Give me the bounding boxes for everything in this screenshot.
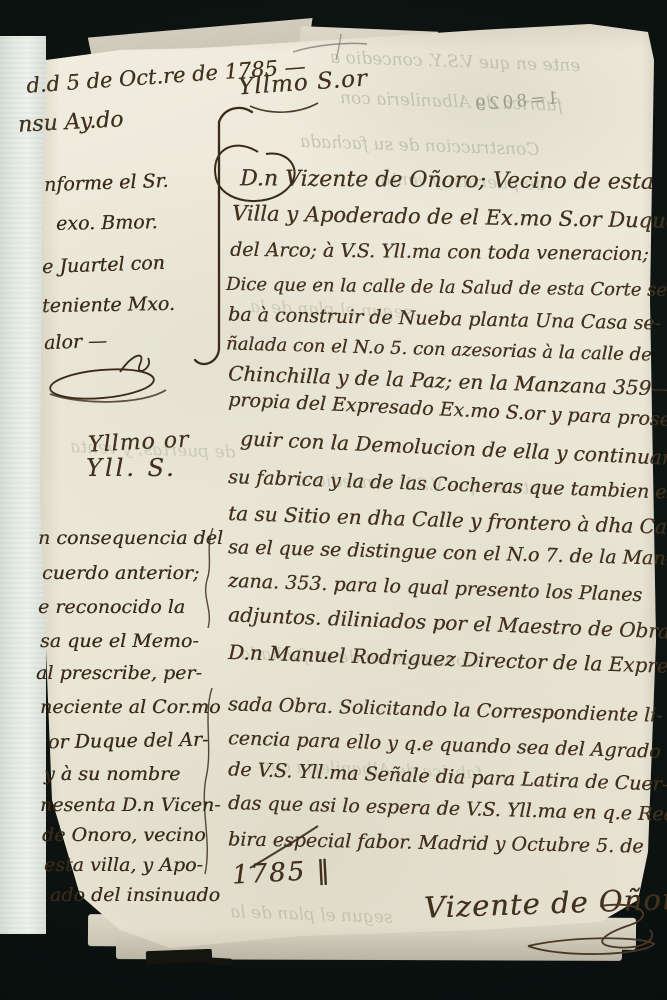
margin-line: al prescribe, per- bbox=[36, 662, 202, 684]
margin-salutation: Yll. S. bbox=[86, 454, 177, 482]
margin-line: esta villa, y Apo- bbox=[44, 854, 203, 876]
manuscript-scan: ente en que V.S.Y. concedio a fabrica de… bbox=[0, 0, 667, 1000]
margin-line: teniente Mxo. bbox=[42, 293, 175, 317]
margin-line: nesenta D.n Vicen- bbox=[40, 794, 221, 816]
margin-line: alor — bbox=[44, 330, 108, 354]
margin-line: or Duque del Ar- bbox=[48, 729, 209, 754]
margin-line: de Onoro, vecino bbox=[42, 824, 206, 846]
torn-edge-mark bbox=[146, 949, 212, 964]
margin-line: neciente al Cor.mo bbox=[40, 696, 221, 718]
margin-line: cuerdo anterior; bbox=[42, 562, 199, 584]
margin-line: exo. Bmor. bbox=[56, 211, 158, 235]
margin-line: ado del insinuado bbox=[50, 884, 220, 906]
margin-line: e reconocido la bbox=[38, 596, 185, 618]
margin-line: nforme el Sr. bbox=[44, 170, 169, 196]
body-line: D.n Vizente de Oñoro; Vecino de esta bbox=[240, 166, 654, 195]
margin-line: sa que el Memo- bbox=[40, 630, 199, 652]
body-line: 1785 ‖ bbox=[231, 855, 332, 890]
margin-line: e Juartel con bbox=[42, 252, 166, 278]
margin-line: y à su nombre bbox=[44, 763, 180, 785]
margin-line: n consequencia del bbox=[38, 527, 223, 549]
torn-edge-mark bbox=[206, 957, 232, 965]
body-line: del Arco; à V.S. Yll.ma con toda venerac… bbox=[230, 239, 649, 265]
